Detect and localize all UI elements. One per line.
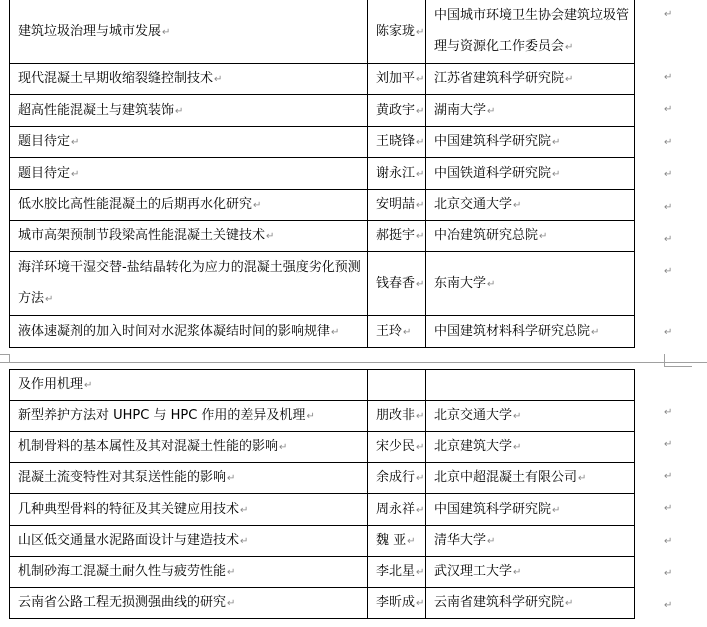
paragraph-mark-icon: ↵ <box>84 380 92 391</box>
topic-cell[interactable]: 及作用机理↵ <box>10 370 368 401</box>
table-row: 建筑垃圾治理与城市发展↵陈家珑↵中国城市环境卫生协会建筑垃圾管理与资源化工作委员… <box>10 0 635 64</box>
paragraph-mark-icon: ↵ <box>416 279 424 290</box>
topic-cell[interactable]: 题目待定↵ <box>10 127 368 158</box>
paragraph-mark-icon: ↵ <box>403 327 411 338</box>
paragraph-mark-icon: ↵ <box>253 200 261 211</box>
affiliation-cell-text: 云南省建筑科学研究院 <box>434 595 564 610</box>
row-end-mark-icon: ↵ <box>664 568 672 579</box>
topic-cell[interactable]: 混凝土流变特性对其泵送性能的影响↵ <box>10 463 368 494</box>
topic-cell-text: 超高性能混凝土与建筑装饰 <box>18 103 174 118</box>
paragraph-mark-icon: ↵ <box>565 42 573 53</box>
affiliation-cell-text: 中国城市环境卫生协会建筑垃圾管理与资源化工作委员会 <box>434 8 629 54</box>
affiliation-cell[interactable]: 中国建筑材料科学研究总院↵ <box>426 316 635 348</box>
topic-cell[interactable]: 云南省公路工程无损测强曲线的研究↵ <box>10 588 368 619</box>
speaker-cell-text: 安明喆 <box>376 197 415 212</box>
paragraph-mark-icon: ↵ <box>71 169 79 180</box>
topic-cell-text: 机制砂海工混凝土耐久性与疲劳性能 <box>18 564 226 579</box>
affiliation-cell[interactable] <box>426 370 635 401</box>
paragraph-mark-icon: ↵ <box>513 200 521 211</box>
speaker-cell-text: 王玲 <box>376 324 402 339</box>
paragraph-mark-icon: ↵ <box>578 473 586 484</box>
paragraph-mark-icon: ↵ <box>416 598 424 609</box>
topic-cell[interactable]: 海洋环境干湿交替-盐结晶转化为应力的混凝土强度劣化预测方法↵ <box>10 252 368 316</box>
speaker-cell[interactable]: 李北星↵ <box>368 557 426 588</box>
affiliation-cell-text: 武汉理工大学 <box>434 564 512 579</box>
topic-cell[interactable]: 机制砂海工混凝土耐久性与疲劳性能↵ <box>10 557 368 588</box>
affiliation-cell[interactable]: 武汉理工大学↵ <box>426 557 635 588</box>
paragraph-mark-icon: ↵ <box>175 106 183 117</box>
topic-cell-text: 及作用机理 <box>18 377 83 392</box>
row-end-mark-icon: ↵ <box>664 536 672 547</box>
speaker-cell-text: 宋少民 <box>376 439 415 454</box>
affiliation-cell-text: 湖南大学 <box>434 103 486 118</box>
affiliation-cell[interactable]: 北京交通大学↵ <box>426 401 635 432</box>
page-corner-mark-left <box>9 354 10 363</box>
row-end-mark-icon: ↵ <box>664 9 672 20</box>
affiliation-cell-text: 北京建筑大学 <box>434 439 512 454</box>
paragraph-mark-icon: ↵ <box>416 473 424 484</box>
table-row: 机制砂海工混凝土耐久性与疲劳性能↵李北星↵武汉理工大学↵ <box>10 557 635 588</box>
affiliation-cell[interactable]: 中国铁道科学研究院↵ <box>426 158 635 190</box>
paragraph-mark-icon: ↵ <box>240 536 248 547</box>
topic-cell-text: 混凝土流变特性对其泵送性能的影响 <box>18 470 226 485</box>
topic-cell-text: 题目待定 <box>18 166 70 181</box>
speaker-cell-text: 陈家珑 <box>376 24 415 39</box>
paragraph-mark-icon: ↵ <box>416 567 424 578</box>
speaker-cell[interactable]: 郝挺宇↵ <box>368 221 426 252</box>
speaker-cell[interactable]: 余成行↵ <box>368 463 426 494</box>
affiliation-cell[interactable]: 北京中超混凝土有限公司↵ <box>426 463 635 494</box>
topic-cell[interactable]: 超高性能混凝土与建筑装饰↵ <box>10 95 368 127</box>
affiliation-cell[interactable]: 中国建筑科学研究院↵ <box>426 127 635 158</box>
paragraph-mark-icon: ↵ <box>552 137 560 148</box>
speaker-cell[interactable]: 周永祥↵ <box>368 494 426 526</box>
table-row: 液体速凝剂的加入时间对水泥浆体凝结时间的影响规律↵王玲↵中国建筑材料科学研究总院… <box>10 316 635 348</box>
affiliation-cell[interactable]: 中国建筑科学研究院↵ <box>426 494 635 526</box>
paragraph-mark-icon: ↵ <box>513 442 521 453</box>
speaker-table-page1: 建筑垃圾治理与城市发展↵陈家珑↵中国城市环境卫生协会建筑垃圾管理与资源化工作委员… <box>9 0 635 348</box>
paragraph-mark-icon: ↵ <box>416 137 424 148</box>
speaker-cell[interactable]: 谢永江↵ <box>368 158 426 190</box>
paragraph-mark-icon: ↵ <box>306 411 314 422</box>
topic-cell[interactable]: 题目待定↵ <box>10 158 368 190</box>
topic-cell-text: 液体速凝剂的加入时间对水泥浆体凝结时间的影响规律 <box>18 324 330 339</box>
paragraph-mark-icon: ↵ <box>240 505 248 516</box>
speaker-cell[interactable]: 刘加平↵ <box>368 64 426 95</box>
table-row: 城市高架预制节段梁高性能混凝土关键技术↵郝挺宇↵中冶建筑研究总院↵ <box>10 221 635 252</box>
paragraph-mark-icon: ↵ <box>45 294 53 305</box>
topic-cell[interactable]: 几种典型骨料的特征及其关键应用技术↵ <box>10 494 368 526</box>
affiliation-cell[interactable]: 湖南大学↵ <box>426 95 635 127</box>
affiliation-cell-text: 江苏省建筑科学研究院 <box>434 71 564 86</box>
table-row: 现代混凝土早期收缩裂缝控制技术↵刘加平↵江苏省建筑科学研究院↵ <box>10 64 635 95</box>
speaker-cell[interactable]: 黄政宇↵ <box>368 95 426 127</box>
row-end-mark-icon: ↵ <box>664 104 672 115</box>
topic-cell[interactable]: 机制骨料的基本属性及其对混凝土性能的影响↵ <box>10 432 368 463</box>
topic-cell-text: 题目待定 <box>18 134 70 149</box>
paragraph-mark-icon: ↵ <box>407 536 415 547</box>
table-row: 云南省公路工程无损测强曲线的研究↵李昕成↵云南省建筑科学研究院↵ <box>10 588 635 619</box>
page-corner-mark-right-h <box>664 366 692 367</box>
speaker-cell-text: 刘加平 <box>376 71 415 86</box>
paragraph-mark-icon: ↵ <box>565 598 573 609</box>
speaker-cell-text: 谢永江 <box>376 166 415 181</box>
speaker-cell[interactable]: 李昕成↵ <box>368 588 426 619</box>
paragraph-mark-icon: ↵ <box>227 473 235 484</box>
paragraph-mark-icon: ↵ <box>487 106 495 117</box>
paragraph-mark-icon: ↵ <box>279 442 287 453</box>
paragraph-mark-icon: ↵ <box>227 567 235 578</box>
table-row: 超高性能混凝土与建筑装饰↵黄政宇↵湖南大学↵ <box>10 95 635 127</box>
affiliation-cell-text: 中国建筑材料科学研究总院 <box>434 324 590 339</box>
affiliation-cell-text: 中国建筑科学研究院 <box>434 134 551 149</box>
paragraph-mark-icon: ↵ <box>416 231 424 242</box>
affiliation-cell-text: 东南大学 <box>434 276 486 291</box>
paragraph-mark-icon: ↵ <box>416 505 424 516</box>
page-corner-mark-left-h <box>0 354 9 355</box>
table-row: 几种典型骨料的特征及其关键应用技术↵周永祥↵中国建筑科学研究院↵ <box>10 494 635 526</box>
speaker-cell[interactable]: 宋少民↵ <box>368 432 426 463</box>
table-row: 混凝土流变特性对其泵送性能的影响↵余成行↵北京中超混凝土有限公司↵ <box>10 463 635 494</box>
speaker-cell-text: 朋改非 <box>376 408 415 423</box>
paragraph-mark-icon: ↵ <box>416 200 424 211</box>
paragraph-mark-icon: ↵ <box>331 327 339 338</box>
affiliation-cell[interactable]: 中国城市环境卫生协会建筑垃圾管理与资源化工作委员会↵ <box>426 0 635 64</box>
row-end-mark-icon: ↵ <box>664 471 672 482</box>
paragraph-mark-icon: ↵ <box>565 74 573 85</box>
paragraph-mark-icon: ↵ <box>591 327 599 338</box>
topic-cell-text: 几种典型骨料的特征及其关键应用技术 <box>18 502 239 517</box>
affiliation-cell-text: 清华大学 <box>434 533 486 548</box>
paragraph-mark-icon: ↵ <box>487 279 495 290</box>
affiliation-cell-text: 北京交通大学 <box>434 408 512 423</box>
paragraph-mark-icon: ↵ <box>513 411 521 422</box>
speaker-cell-text: 李昕成 <box>376 595 415 610</box>
topic-cell-text: 山区低交通量水泥路面设计与建造技术 <box>18 533 239 548</box>
paragraph-mark-icon: ↵ <box>416 27 424 38</box>
affiliation-cell[interactable]: 云南省建筑科学研究院↵ <box>426 588 635 619</box>
table-row: 低水胶比高性能混凝土的后期再水化研究↵安明喆↵北京交通大学↵ <box>10 190 635 221</box>
table-row: 及作用机理↵ <box>10 370 635 401</box>
topic-cell[interactable]: 新型养护方法对 UHPC 与 HPC 作用的差异及机理↵ <box>10 401 368 432</box>
topic-cell-text: 机制骨料的基本属性及其对混凝土性能的影响 <box>18 439 278 454</box>
affiliation-cell-text: 中国铁道科学研究院 <box>434 166 551 181</box>
affiliation-cell[interactable]: 北京建筑大学↵ <box>426 432 635 463</box>
affiliation-cell[interactable]: 江苏省建筑科学研究院↵ <box>426 64 635 95</box>
speaker-cell-text: 钱春香 <box>376 276 415 291</box>
paragraph-mark-icon: ↵ <box>416 74 424 85</box>
speaker-cell-text: 余成行 <box>376 470 415 485</box>
speaker-cell-text: 黄政宇 <box>376 103 415 118</box>
table-row: 海洋环境干湿交替-盐结晶转化为应力的混凝土强度劣化预测方法↵钱春香↵东南大学↵ <box>10 252 635 316</box>
row-end-mark-icon: ↵ <box>664 137 672 148</box>
table-row: 新型养护方法对 UHPC 与 HPC 作用的差异及机理↵朋改非↵北京交通大学↵ <box>10 401 635 432</box>
page-break-line <box>0 362 707 363</box>
paragraph-mark-icon: ↵ <box>162 27 170 38</box>
row-end-mark-icon: ↵ <box>664 72 672 83</box>
topic-cell-text: 低水胶比高性能混凝土的后期再水化研究 <box>18 197 252 212</box>
row-end-mark-icon: ↵ <box>664 202 672 213</box>
speaker-cell-text: 李北星 <box>376 564 415 579</box>
speaker-cell[interactable]: 安明喆↵ <box>368 190 426 221</box>
topic-cell-text: 城市高架预制节段梁高性能混凝土关键技术 <box>18 228 265 243</box>
topic-cell[interactable]: 城市高架预制节段梁高性能混凝土关键技术↵ <box>10 221 368 252</box>
paragraph-mark-icon: ↵ <box>214 74 222 85</box>
row-end-mark-icon: ↵ <box>664 407 672 418</box>
topic-cell[interactable]: 建筑垃圾治理与城市发展↵ <box>10 0 368 64</box>
paragraph-mark-icon: ↵ <box>552 505 560 516</box>
speaker-table-page2: 及作用机理↵新型养护方法对 UHPC 与 HPC 作用的差异及机理↵朋改非↵北京… <box>9 369 635 619</box>
affiliation-cell-text: 中国建筑科学研究院 <box>434 502 551 517</box>
topic-cell-text: 海洋环境干湿交替-盐结晶转化为应力的混凝土强度劣化预测方法 <box>18 260 361 306</box>
paragraph-mark-icon: ↵ <box>416 411 424 422</box>
speaker-cell[interactable]: 朋改非↵ <box>368 401 426 432</box>
speaker-cell[interactable]: 陈家珑↵ <box>368 0 426 64</box>
speaker-cell[interactable] <box>368 370 426 401</box>
row-end-mark-icon: ↵ <box>664 266 672 277</box>
table-row: 机制骨料的基本属性及其对混凝土性能的影响↵宋少民↵北京建筑大学↵ <box>10 432 635 463</box>
affiliation-cell[interactable]: 北京交通大学↵ <box>426 190 635 221</box>
table-row: 题目待定↵谢永江↵中国铁道科学研究院↵ <box>10 158 635 190</box>
paragraph-mark-icon: ↵ <box>552 169 560 180</box>
speaker-cell[interactable]: 魏 亚↵ <box>368 526 426 557</box>
speaker-cell-text: 魏 亚 <box>376 533 406 548</box>
speaker-cell-text: 郝挺宇 <box>376 228 415 243</box>
topic-cell[interactable]: 低水胶比高性能混凝土的后期再水化研究↵ <box>10 190 368 221</box>
table-row: 山区低交通量水泥路面设计与建造技术↵魏 亚↵清华大学↵ <box>10 526 635 557</box>
paragraph-mark-icon: ↵ <box>416 442 424 453</box>
speaker-cell-text: 王晓锋 <box>376 134 415 149</box>
affiliation-cell[interactable]: 东南大学↵ <box>426 252 635 316</box>
topic-cell[interactable]: 山区低交通量水泥路面设计与建造技术↵ <box>10 526 368 557</box>
paragraph-mark-icon: ↵ <box>227 598 235 609</box>
topic-cell-text: 云南省公路工程无损测强曲线的研究 <box>18 595 226 610</box>
speaker-cell[interactable]: 王玲↵ <box>368 316 426 348</box>
topic-cell-text: 新型养护方法对 UHPC 与 HPC 作用的差异及机理 <box>18 408 305 423</box>
row-end-mark-icon: ↵ <box>664 234 672 245</box>
affiliation-cell[interactable]: 中冶建筑研究总院↵ <box>426 221 635 252</box>
row-end-mark-icon: ↵ <box>664 503 672 514</box>
speaker-cell[interactable]: 钱春香↵ <box>368 252 426 316</box>
row-end-mark-icon: ↵ <box>664 169 672 180</box>
speaker-cell-text: 周永祥 <box>376 502 415 517</box>
paragraph-mark-icon: ↵ <box>487 536 495 547</box>
paragraph-mark-icon: ↵ <box>513 567 521 578</box>
paragraph-mark-icon: ↵ <box>416 169 424 180</box>
paragraph-mark-icon: ↵ <box>539 231 547 242</box>
row-end-mark-icon: ↵ <box>664 327 672 338</box>
topic-cell[interactable]: 液体速凝剂的加入时间对水泥浆体凝结时间的影响规律↵ <box>10 316 368 348</box>
topic-cell-text: 现代混凝土早期收缩裂缝控制技术 <box>18 71 213 86</box>
affiliation-cell-text: 北京交通大学 <box>434 197 512 212</box>
topic-cell[interactable]: 现代混凝土早期收缩裂缝控制技术↵ <box>10 64 368 95</box>
affiliation-cell-text: 北京中超混凝土有限公司 <box>434 470 577 485</box>
topic-cell-text: 建筑垃圾治理与城市发展 <box>18 24 161 39</box>
paragraph-mark-icon: ↵ <box>416 106 424 117</box>
affiliation-cell[interactable]: 清华大学↵ <box>426 526 635 557</box>
row-end-mark-icon: ↵ <box>664 600 672 611</box>
table-row: 题目待定↵王晓锋↵中国建筑科学研究院↵ <box>10 127 635 158</box>
paragraph-mark-icon: ↵ <box>71 137 79 148</box>
speaker-cell[interactable]: 王晓锋↵ <box>368 127 426 158</box>
row-end-mark-icon: ↵ <box>664 439 672 450</box>
affiliation-cell-text: 中冶建筑研究总院 <box>434 228 538 243</box>
paragraph-mark-icon: ↵ <box>266 231 274 242</box>
